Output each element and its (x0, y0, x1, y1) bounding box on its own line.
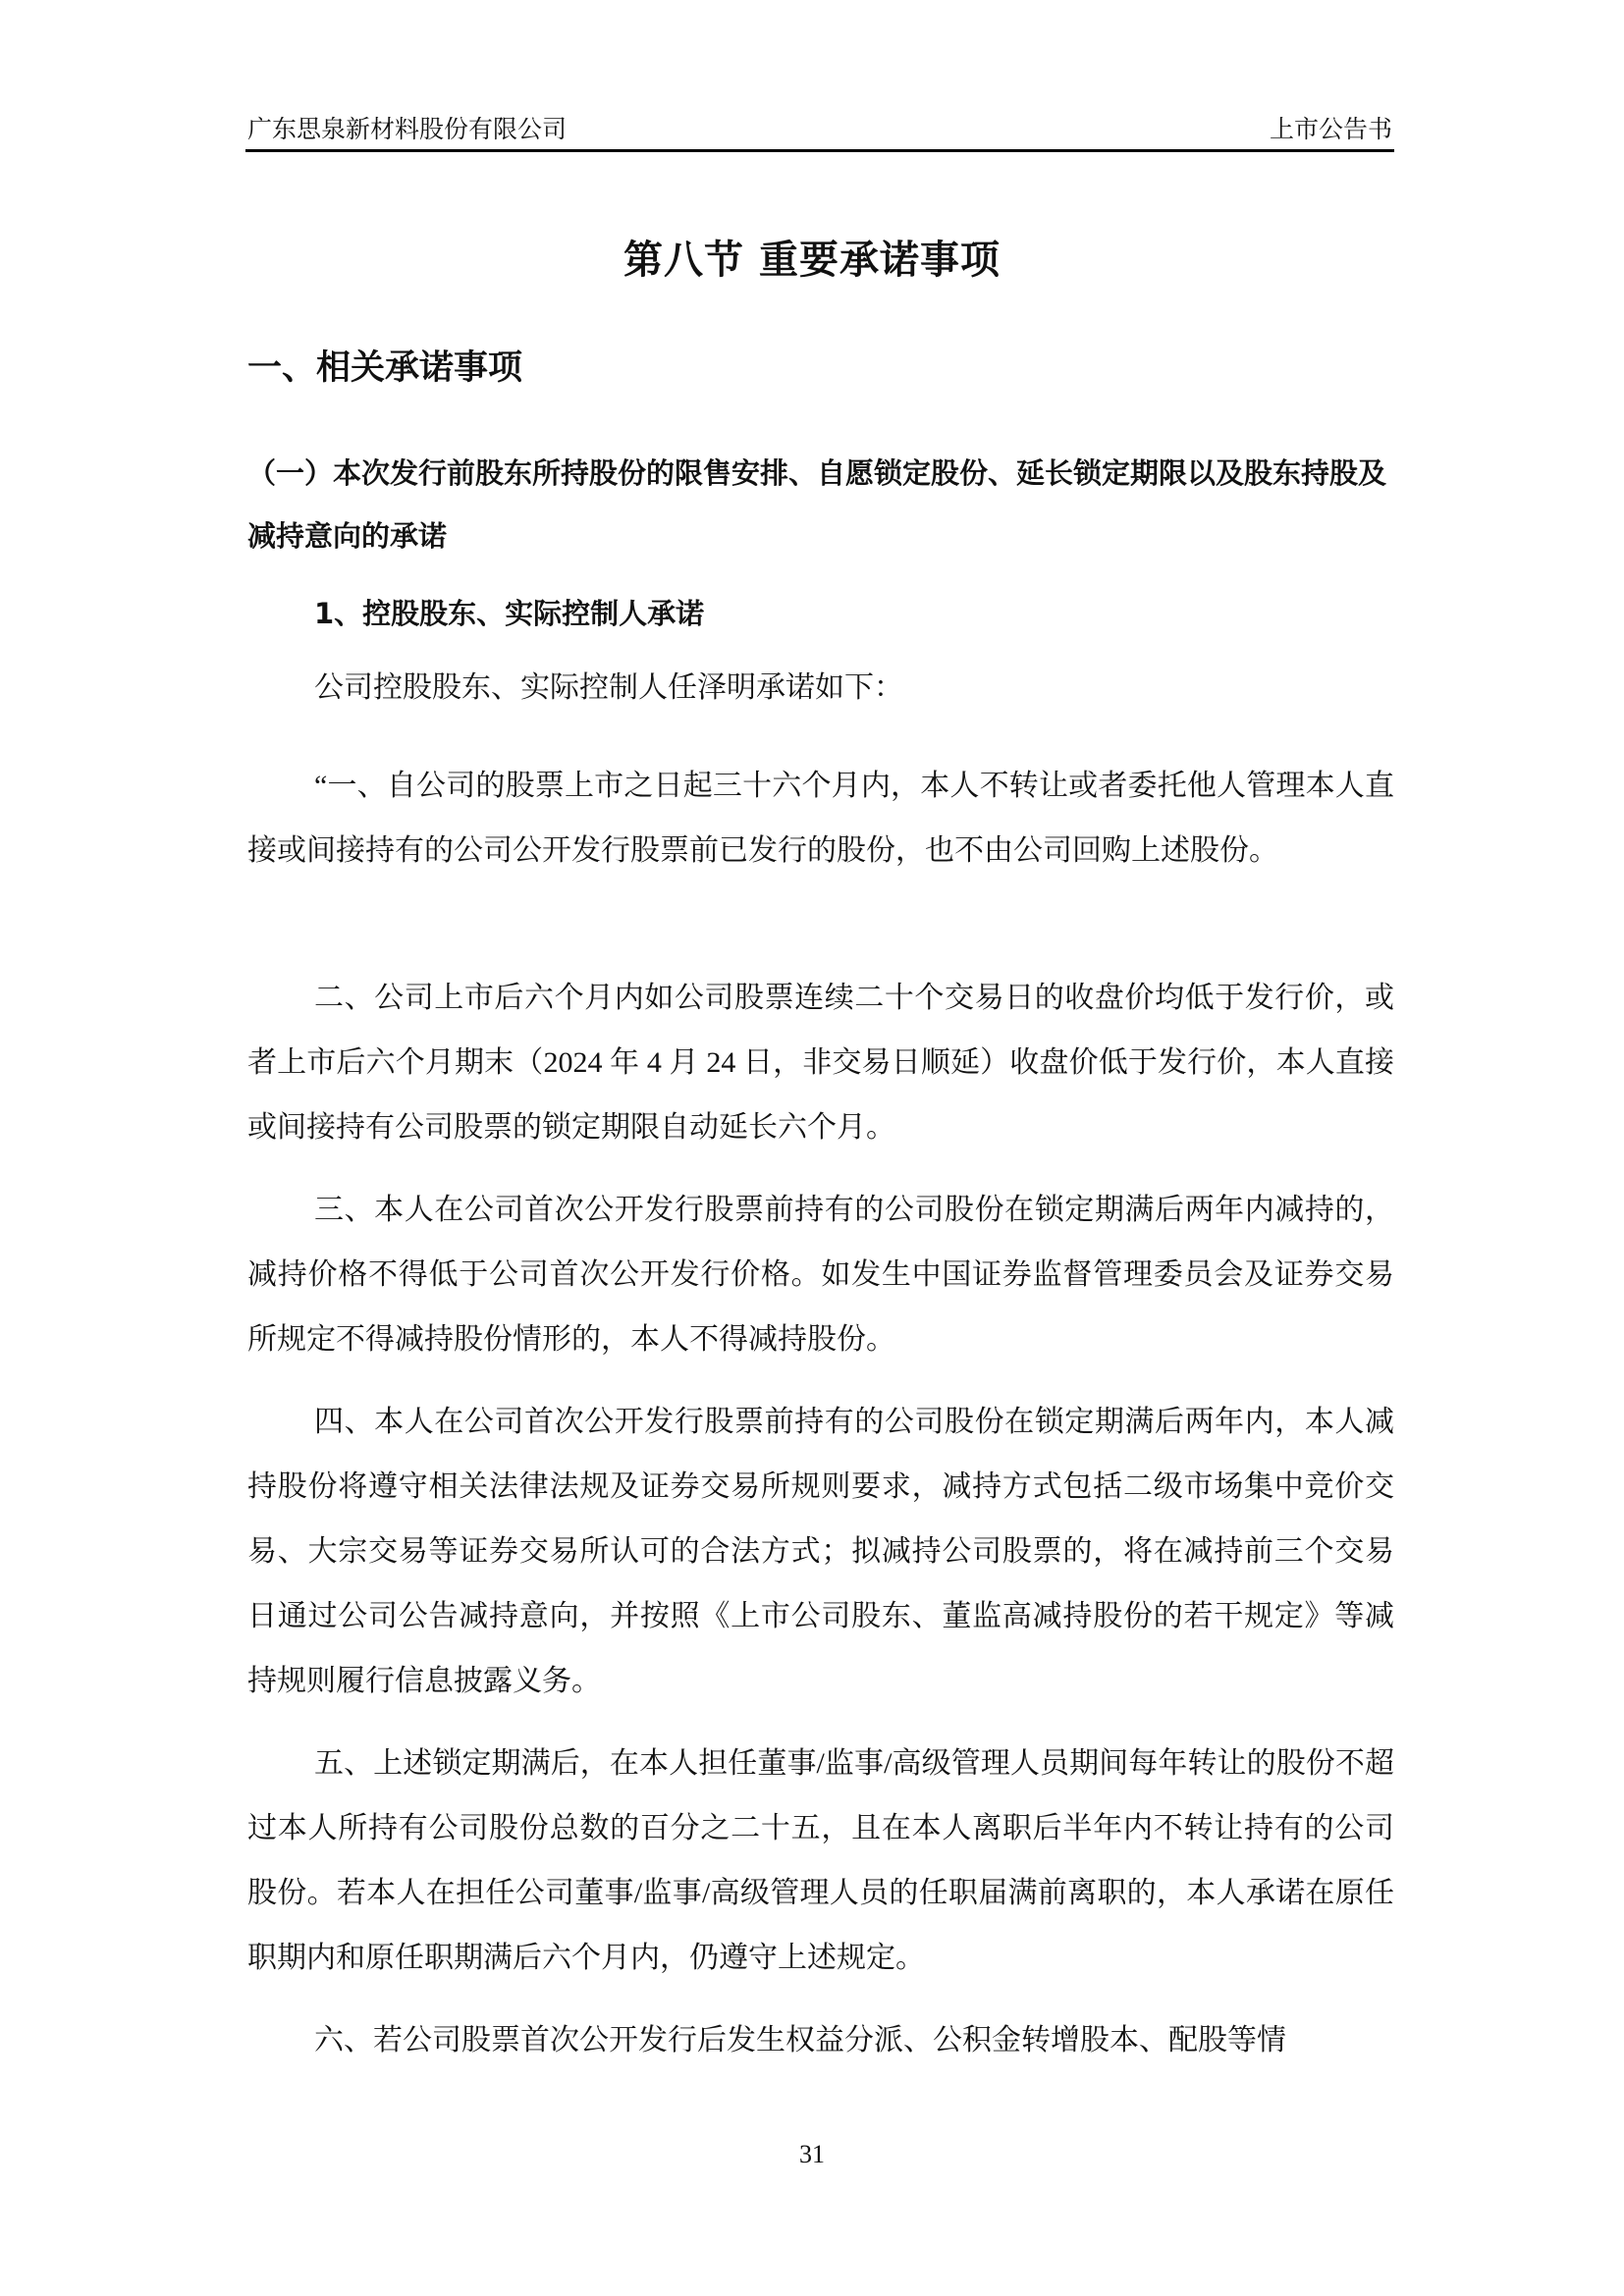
intro-paragraph: 公司控股股东、实际控制人任泽明承诺如下： (247, 656, 1394, 721)
section-heading: 一、相关承诺事项 (247, 346, 522, 391)
header-document-type: 上市公告书 (1270, 116, 1392, 145)
commitment-paragraph-6: 六、若公司股票首次公开发行后发生权益分派、公积金转增股本、配股等情 (247, 2008, 1394, 2073)
item-heading: 1、控股股东、实际控制人承诺 (314, 589, 704, 638)
page-header: 广东思泉新材料股份有限公司 上市公告书 (245, 116, 1394, 151)
commitment-paragraph-3: 三、本人在公司首次公开发行股票前持有的公司股份在锁定期满后两年内减持的，减持价格… (247, 1178, 1394, 1372)
subsection-heading: （一）本次发行前股东所持股份的限售安排、自愿锁定股份、延长锁定期限以及股东持股及… (247, 442, 1396, 567)
commitment-paragraph-1: “一、自公司的股票上市之日起三十六个月内，本人不转让或者委托他人管理本人直接或间… (247, 754, 1394, 883)
commitment-paragraph-5: 五、上述锁定期满后，在本人担任董事/监事/高级管理人员期间每年转让的股份不超过本… (247, 1732, 1394, 1991)
header-company-name: 广东思泉新材料股份有限公司 (247, 116, 567, 145)
commitment-paragraph-4: 四、本人在公司首次公开发行股票前持有的公司股份在锁定期满后两年内，本人减持股份将… (247, 1390, 1394, 1714)
page-number: 31 (0, 2140, 1624, 2169)
commitment-paragraph-2: 二、公司上市后六个月内如公司股票连续二十个交易日的收盘价均低于发行价，或者上市后… (247, 966, 1394, 1160)
page-title: 第八节 重要承诺事项 (0, 236, 1624, 285)
header-divider (245, 149, 1394, 152)
